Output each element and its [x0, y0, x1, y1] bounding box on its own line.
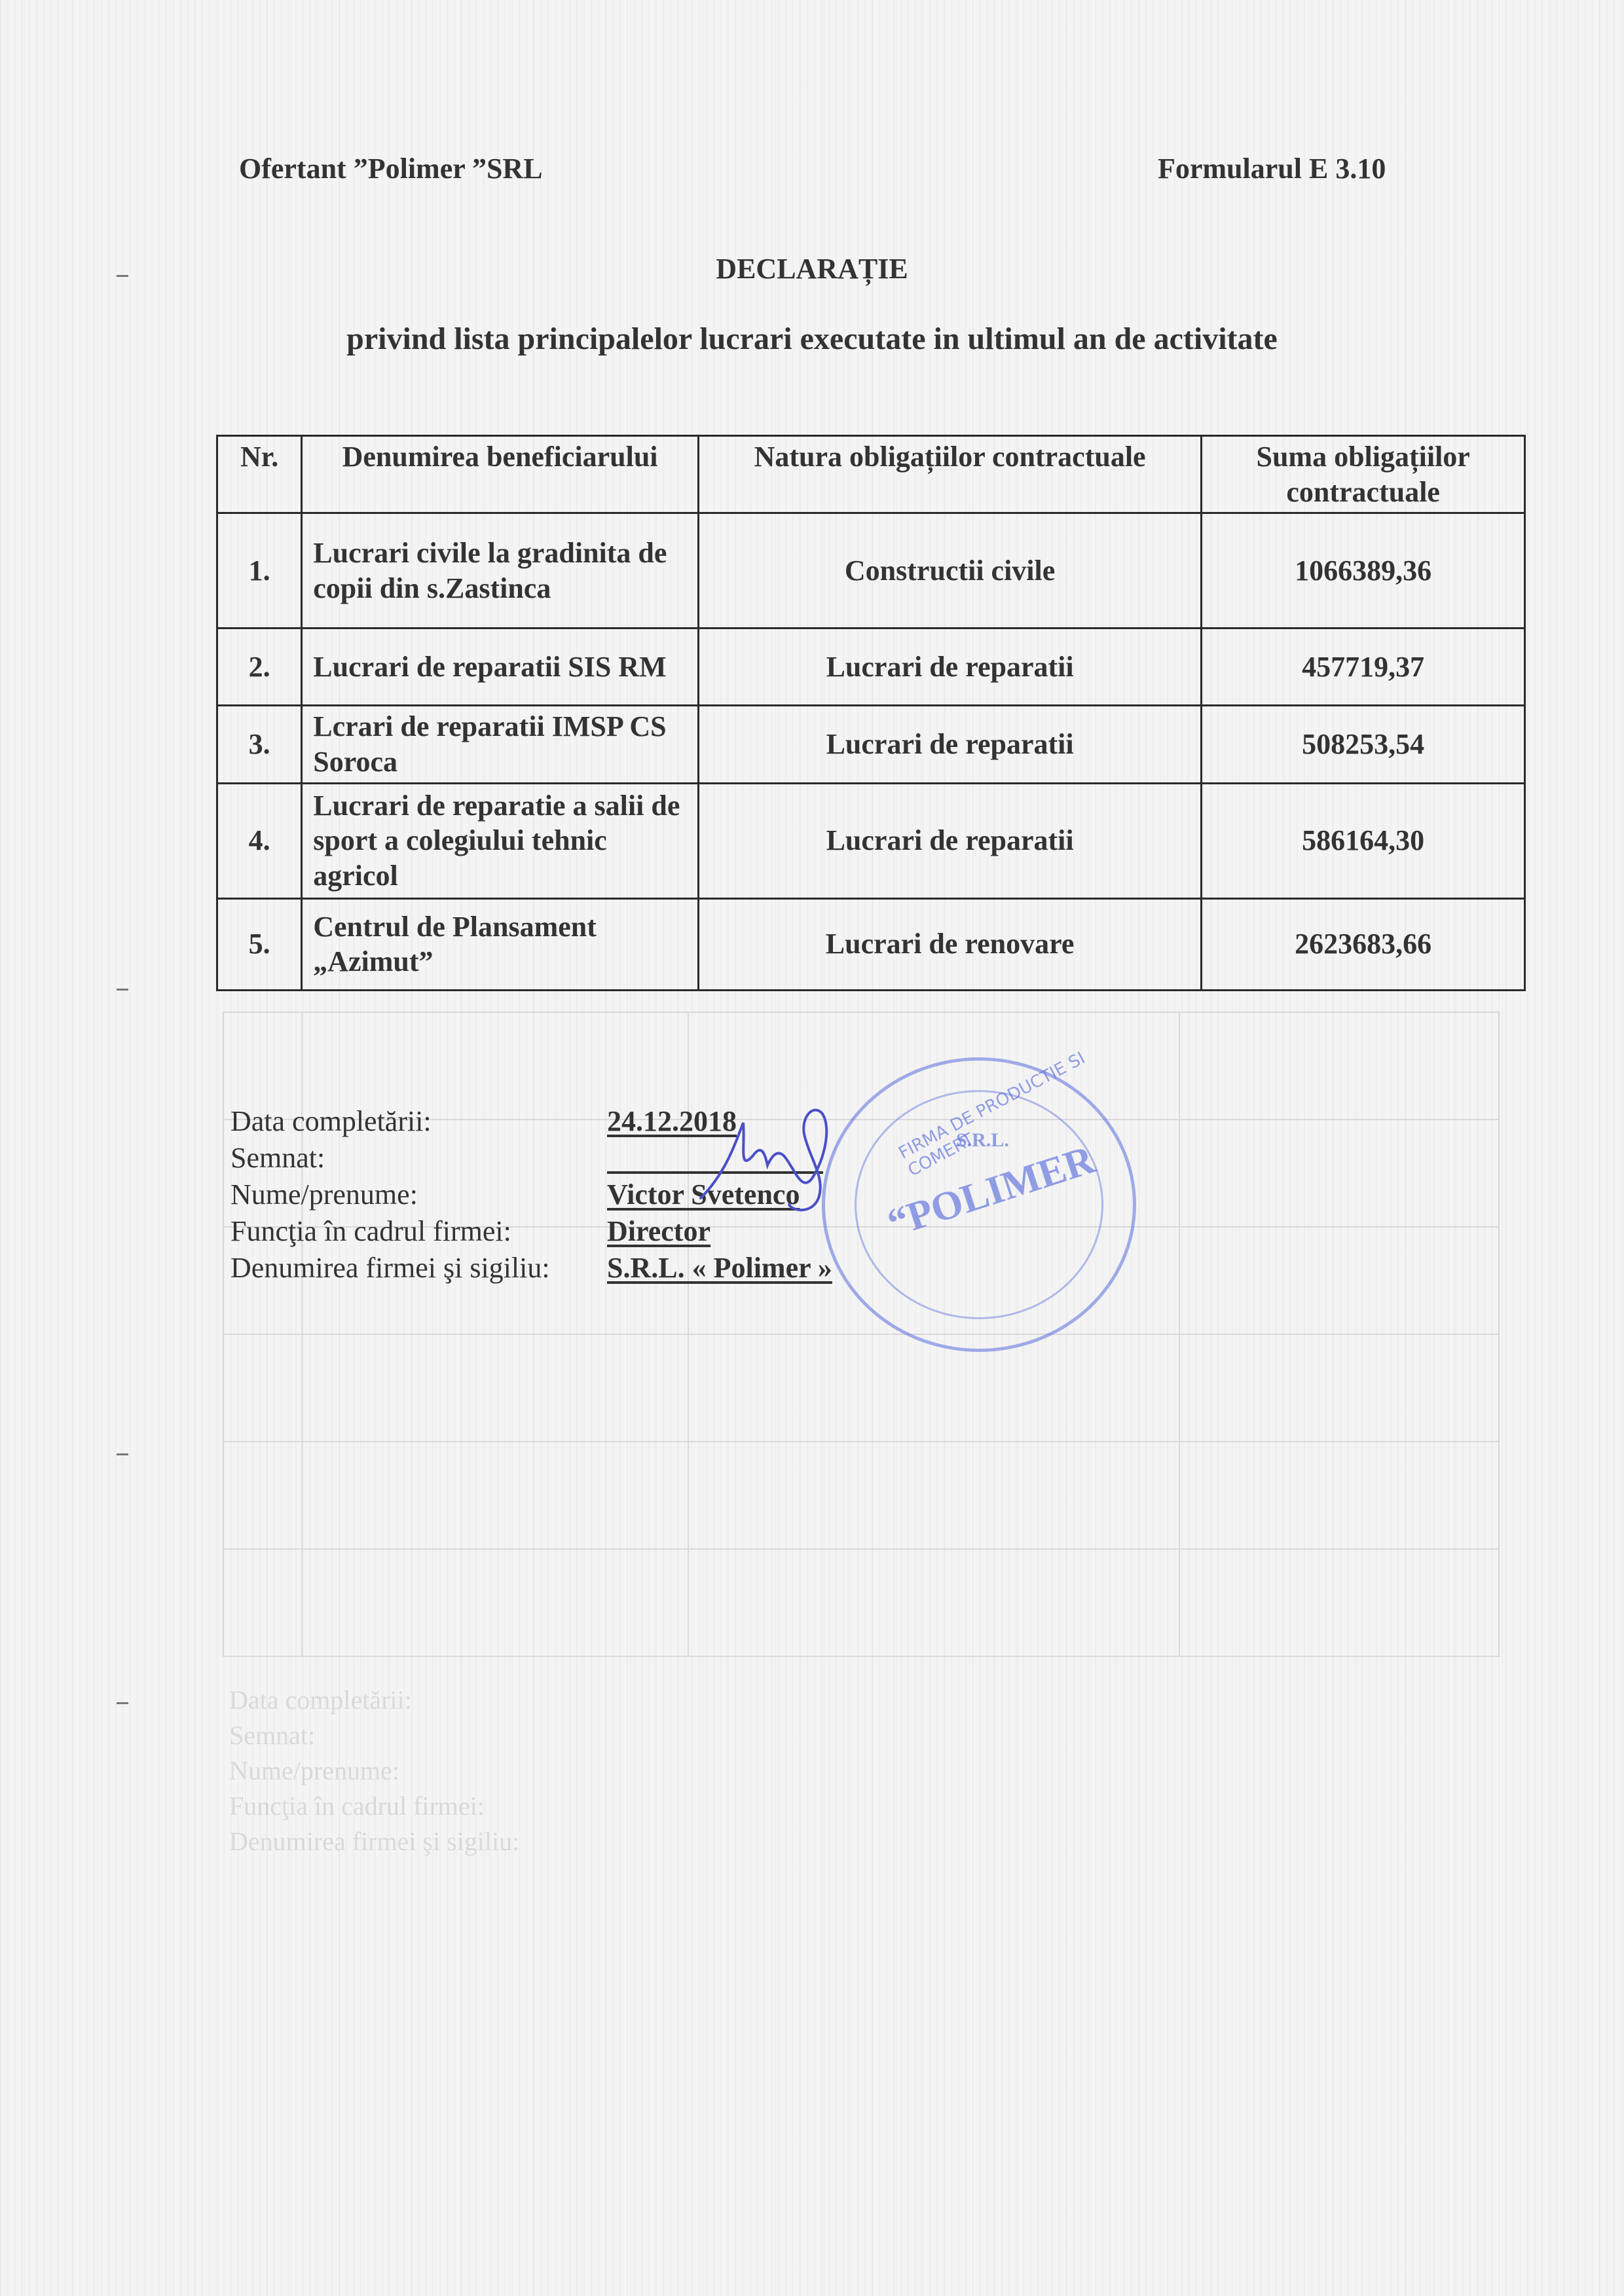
ghost-company-label: Denumirea firmei şi sigiliu: [229, 1824, 519, 1859]
bidder-name: Ofertant ”Polimer ”SRL [239, 152, 543, 185]
row-number: 1. [217, 513, 302, 629]
stamp-srl-text: S.R.L. [956, 1129, 1009, 1152]
beneficiary-cell: Lucrari civile la gradinita de copii din… [302, 513, 699, 629]
sum-cell: 508253,54 [1202, 706, 1525, 783]
row-number: 2. [217, 629, 302, 706]
name-label: Nume/prenume: [231, 1176, 607, 1213]
row-number: 3. [217, 706, 302, 783]
table-header-row: Nr. Denumirea beneficiarului Natura obli… [217, 436, 1525, 513]
row-number: 5. [217, 898, 302, 990]
form-number: Formularul E 3.10 [1158, 152, 1386, 185]
company-value: S.R.L. « Polimer » [607, 1250, 832, 1286]
document-title: DECLARAȚIE [0, 252, 1624, 285]
sum-cell: 586164,30 [1202, 783, 1525, 898]
signed-label: Semnat: [231, 1140, 607, 1176]
ghost-function-label: Funcţia în cadrul firmei: [229, 1789, 519, 1824]
document-subtitle: privind lista principalelor lucrari exec… [0, 321, 1624, 357]
company-label: Denumirea firmei şi sigiliu: [231, 1250, 607, 1286]
table-row: 3. Lcrari de reparatii IMSP CS Soroca Lu… [217, 706, 1525, 783]
function-label: Funcţia în cadrul firmei: [231, 1213, 607, 1250]
column-header-beneficiary: Denumirea beneficiarului [302, 436, 699, 513]
table-row: 4. Lucrari de reparatie a salii de sport… [217, 783, 1525, 898]
row-number: 4. [217, 783, 302, 898]
beneficiary-cell: Lcrari de reparatii IMSP CS Soroca [302, 706, 699, 783]
date-label: Data completării: [231, 1103, 607, 1140]
nature-cell: Lucrari de reparatii [698, 629, 1201, 706]
company-row: Denumirea firmei şi sigiliu: S.R.L. « Po… [231, 1250, 832, 1286]
beneficiary-cell: Lucrari de reparatie a salii de sport a … [302, 783, 699, 898]
sum-cell: 2623683,66 [1202, 898, 1525, 990]
table-row: 5. Centrul de Plansament „Azimut” Lucrar… [217, 898, 1525, 990]
ghost-date-label: Data completării: [229, 1683, 519, 1718]
sum-cell: 1066389,36 [1202, 513, 1525, 629]
ghost-bleed-through-signature: Data completării: Semnat: Nume/prenume: … [229, 1683, 519, 1859]
company-stamp-icon: FIRMA DE PRODUCTIE SI COMERT S.R.L. “POL… [822, 1057, 1136, 1352]
column-header-nr: Nr. [217, 436, 302, 513]
nature-cell: Constructii civile [698, 513, 1201, 629]
table-row: 1. Lucrari civile la gradinita de copii … [217, 513, 1525, 629]
beneficiary-cell: Lucrari de reparatii SIS RM [302, 629, 699, 706]
column-header-sum: Suma obligațiilor contractuale [1202, 436, 1525, 513]
margin-mark [117, 989, 128, 991]
nature-cell: Lucrari de reparatii [698, 783, 1201, 898]
column-header-nature: Natura obligațiilor contractuale [698, 436, 1201, 513]
ghost-name-label: Nume/prenume: [229, 1753, 519, 1789]
sum-cell: 457719,37 [1202, 629, 1525, 706]
beneficiary-cell: Centrul de Plansament „Azimut” [302, 898, 699, 990]
works-table: Nr. Denumirea beneficiarului Natura obli… [216, 435, 1526, 991]
nature-cell: Lucrari de reparatii [698, 706, 1201, 783]
margin-mark [117, 1453, 128, 1455]
table-row: 2. Lucrari de reparatii SIS RM Lucrari d… [217, 629, 1525, 706]
ghost-signed-label: Semnat: [229, 1718, 519, 1753]
nature-cell: Lucrari de renovare [698, 898, 1201, 990]
margin-mark [117, 1702, 128, 1704]
